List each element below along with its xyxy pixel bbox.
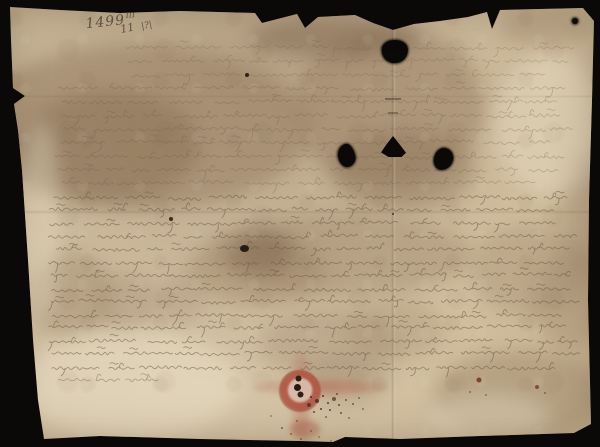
vertical-fold-crease <box>391 8 396 440</box>
hole-top-fold <box>381 39 409 65</box>
stain-mid-left-blob-2 <box>92 272 158 334</box>
parchment-sheet: 1499III 11|?| <box>0 0 600 447</box>
stain-top-right-corner <box>498 6 593 46</box>
fold-stitch-mark <box>385 98 401 100</box>
inscription-day: 11 <box>119 20 135 35</box>
horizontal-fold-crease-middle <box>10 210 590 214</box>
hole-right-oval <box>433 147 455 171</box>
stain-right-edge-lower <box>530 250 600 350</box>
inscription-note: |?| <box>140 20 153 32</box>
seal-smear-horizontal <box>253 378 389 396</box>
stain-bottom-center-2 <box>345 300 445 360</box>
inscription-month-numeral: III <box>125 10 135 20</box>
stain-bottom-right <box>435 350 600 440</box>
stain-top-left-core <box>20 90 200 200</box>
hole-left-oval <box>336 142 357 168</box>
stain-mid-left-blob <box>28 252 114 338</box>
charter-photograph: 1499III 11|?| <box>0 0 600 447</box>
archival-date-inscription: 1499III 11|?| <box>84 3 187 47</box>
dark-specks <box>0 0 2 2</box>
seal-dark-dots <box>0 0 3 3</box>
stain-center-band <box>210 214 472 296</box>
stain-right-edge <box>560 150 600 270</box>
hole-triangular-fold <box>381 136 406 157</box>
stain-mid-right <box>470 224 590 316</box>
stain-bottom-center <box>260 310 400 380</box>
horizontal-fold-crease-upper <box>8 95 592 98</box>
ink-speckles <box>0 0 2 2</box>
stain-top-left-large <box>0 45 310 210</box>
hole-top-right-worm <box>572 18 578 24</box>
light-patch-left-edge <box>20 120 60 320</box>
seal-smear-bottom <box>290 420 320 438</box>
light-patch-bottom-right <box>430 395 550 440</box>
hole-small-center <box>240 245 249 252</box>
light-patch-top-right <box>495 55 600 195</box>
fold-stitch-mark-2 <box>388 112 398 114</box>
stain-top-center-lower <box>330 130 475 210</box>
red-wax-speckles <box>0 0 2 2</box>
stain-center-left <box>186 234 326 306</box>
stain-small-left <box>155 275 205 325</box>
seal-ring <box>276 367 323 414</box>
stain-center-dark-spot <box>232 230 294 274</box>
light-patch-bottom-left <box>20 330 240 440</box>
